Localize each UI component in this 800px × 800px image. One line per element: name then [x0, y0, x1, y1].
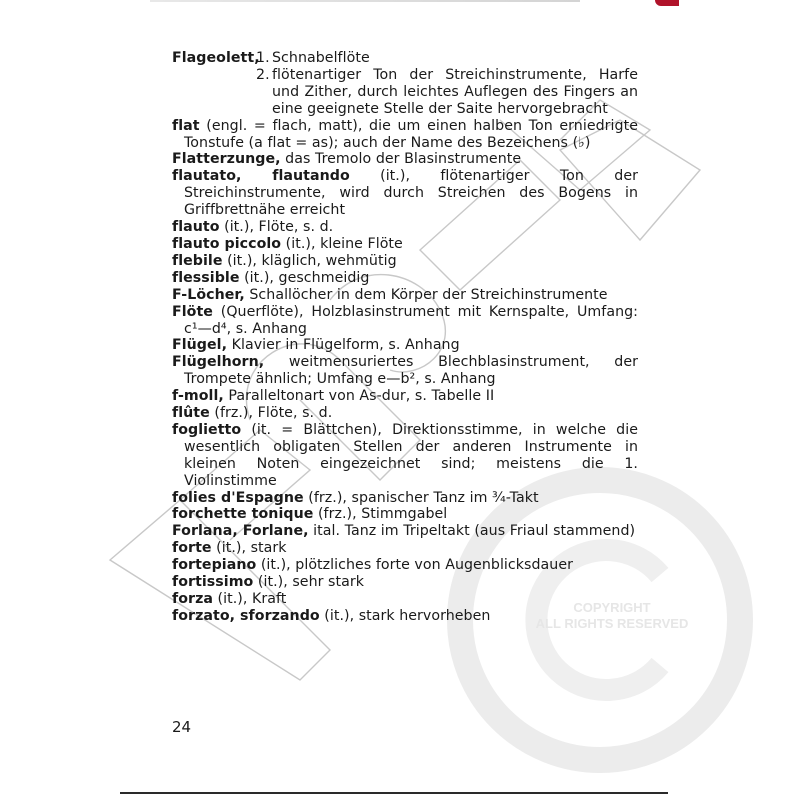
entry-term: fortepiano — [172, 557, 256, 573]
entry-definition: (it.), stark — [212, 540, 287, 556]
entry-definition: ital. Tanz im Tripeltakt (aus Friaul sta… — [309, 523, 636, 539]
entry-term: flauto — [172, 219, 220, 235]
dictionary-entry: fortepiano (it.), plötzliches forte von … — [172, 557, 638, 574]
entry-definition: (it.), stark hervorheben — [320, 608, 491, 624]
dictionary-entry: flebile (it.), kläglich, wehmütig — [172, 253, 638, 270]
dictionary-entry: Flatterzunge, das Tremolo der Blasinstru… — [172, 151, 638, 168]
page-bottom-edge — [120, 792, 668, 794]
dictionary-entries: Flageolett,1.Schnabelflöte2.flötenartige… — [172, 50, 638, 625]
entry-term: forchette tonique — [172, 506, 313, 522]
dictionary-sense: 2.flötenartiger Ton der Streichinstrumen… — [172, 67, 638, 118]
entry-term: forzato, sforzando — [172, 608, 320, 624]
book-cover-corner — [655, 0, 679, 6]
entry-definition: (engl. = flach, matt), die um einen halb… — [184, 118, 638, 151]
entry-term: flûte — [172, 405, 210, 421]
page-top-edge — [150, 0, 580, 2]
entry-definition: Paralleltonart von As-dur, s. Tabelle II — [224, 388, 494, 404]
sense-text: flötenartiger Ton der Streichinstrumente… — [272, 67, 638, 118]
entry-term: flauto piccolo — [172, 236, 281, 252]
entry-term: Flügelhorn, — [172, 354, 264, 370]
entry-term: forte — [172, 540, 212, 556]
entry-term: flessible — [172, 270, 240, 286]
dictionary-entry: fortissimo (it.), sehr stark — [172, 574, 638, 591]
entry-definition: (it.), geschmeidig — [240, 270, 370, 286]
sense-text: Schnabelflöte — [272, 50, 638, 67]
entry-definition: Klavier in Flügelform, s. Anhang — [227, 337, 460, 353]
entry-definition: (frz.), Stimmgabel — [313, 506, 447, 522]
dictionary-entry: forte (it.), stark — [172, 540, 638, 557]
dictionary-entry: forzato, sforzando (it.), stark hervorhe… — [172, 608, 638, 625]
entry-term: folies d'Espagne — [172, 490, 304, 506]
sense-number: 1. — [256, 50, 272, 67]
entry-term: Forlana, Forlane, — [172, 523, 309, 539]
entry-term: flebile — [172, 253, 223, 269]
dictionary-entry: foglietto (it. = Blättchen), Direktionss… — [172, 422, 638, 490]
dictionary-entry: flessible (it.), geschmeidig — [172, 270, 638, 287]
entry-definition: (it. = Blättchen), Direktionsstimme, in … — [184, 422, 638, 489]
entry-term: Flügel, — [172, 337, 227, 353]
dictionary-entry: forchette tonique (frz.), Stimmgabel — [172, 506, 638, 523]
entry-term: Flatterzunge, — [172, 151, 281, 167]
entry-definition: (it.), plötzliches forte von Augenblicks… — [256, 557, 573, 573]
dictionary-entry: Flügelhorn, weitmensuriertes Blechblasin… — [172, 354, 638, 388]
entry-term: Flöte — [172, 304, 213, 320]
dictionary-entry: Flageolett,1.Schnabelflöte — [172, 50, 638, 67]
entry-definition: (it.), sehr stark — [253, 574, 364, 590]
dictionary-entry: flauto (it.), Flöte, s. d. — [172, 219, 638, 236]
entry-definition: (it.), kleine Flöte — [281, 236, 403, 252]
entry-definition: (Querflöte), Holzblasinstrument mit Kern… — [184, 304, 638, 337]
dictionary-entry: F-Löcher, Schallöcher in dem Körper der … — [172, 287, 638, 304]
entry-definition: Schallöcher in dem Körper der Streichins… — [245, 287, 608, 303]
dictionary-entry: flat (engl. = flach, matt), die um einen… — [172, 118, 638, 152]
entry-definition: (it.), kläglich, wehmütig — [223, 253, 397, 269]
entry-term: foglietto — [172, 422, 241, 438]
entry-term: forza — [172, 591, 213, 607]
dictionary-entry: Flügel, Klavier in Flügelform, s. Anhang — [172, 337, 638, 354]
dictionary-entry: forza (it.), Kraft — [172, 591, 638, 608]
entry-definition: (frz.), Flöte, s. d. — [210, 405, 332, 421]
dictionary-entry: Forlana, Forlane, ital. Tanz im Tripelta… — [172, 523, 638, 540]
entry-term: flat — [172, 118, 200, 134]
entry-definition: (frz.), spanischer Tanz im ¾-Takt — [304, 490, 539, 506]
entry-term: Flageolett, — [172, 50, 256, 67]
page-number: 24 — [172, 718, 191, 736]
entry-definition: (it.), Kraft — [213, 591, 286, 607]
sense-number: 2. — [256, 67, 272, 118]
dictionary-entry: Flöte (Querflöte), Holzblasinstrument mi… — [172, 304, 638, 338]
dictionary-entry: flautato, flautando (it.), flötenartiger… — [172, 168, 638, 219]
entry-term: F-Löcher, — [172, 287, 245, 303]
entry-term: flautato, flautando — [172, 168, 350, 184]
dictionary-entry: f-moll, Paralleltonart von As-dur, s. Ta… — [172, 388, 638, 405]
entry-definition: das Tremolo der Blasinstrumente — [281, 151, 522, 167]
entry-term: fortissimo — [172, 574, 253, 590]
dictionary-entry: flauto piccolo (it.), kleine Flöte — [172, 236, 638, 253]
entry-definition: (it.), Flöte, s. d. — [220, 219, 334, 235]
dictionary-entry: flûte (frz.), Flöte, s. d. — [172, 405, 638, 422]
dictionary-entry: folies d'Espagne (frz.), spanischer Tanz… — [172, 490, 638, 507]
entry-term: f-moll, — [172, 388, 224, 404]
